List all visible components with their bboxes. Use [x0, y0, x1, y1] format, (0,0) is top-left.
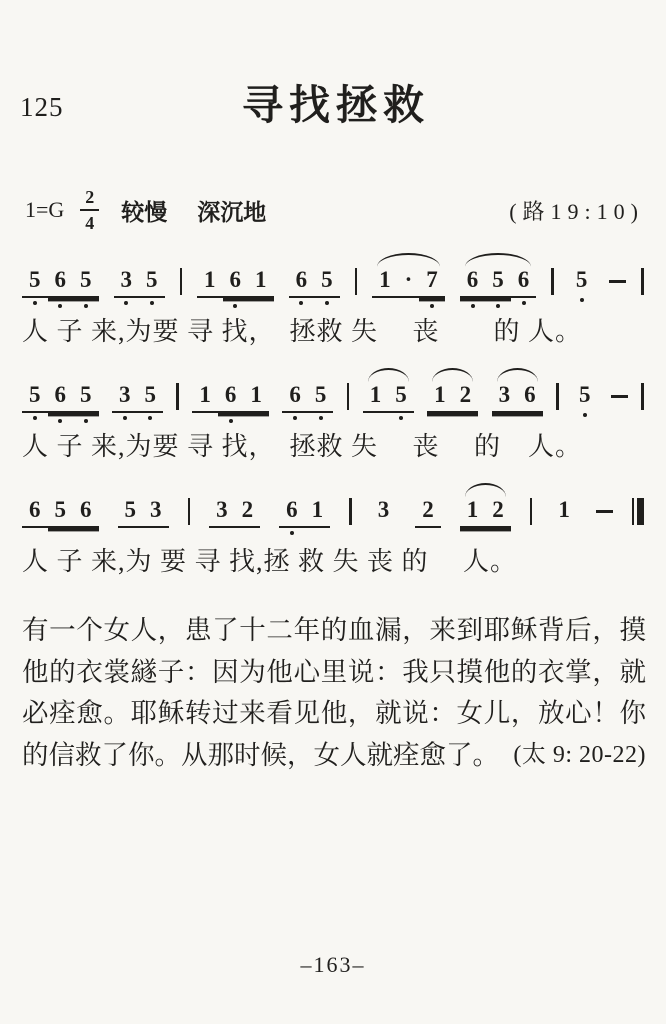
slur-arc: [377, 253, 440, 267]
barline: [551, 268, 554, 295]
barline: [641, 383, 644, 410]
note-group: 36: [492, 381, 543, 413]
page-title: 寻找拯救: [0, 72, 666, 131]
expression-marking: 深沉地: [197, 194, 266, 227]
note-group: 12: [427, 381, 478, 413]
note-group: 565: [22, 381, 99, 413]
slur-arc: [465, 483, 506, 497]
note: 5: [139, 266, 165, 298]
note: 3: [371, 496, 397, 526]
hymnal-page: 125 寻找拯救 1=G 2 4 较慢 深沉地 (路19:10) 5653516…: [0, 0, 666, 1024]
barline: [349, 498, 352, 525]
note: 5: [73, 266, 99, 298]
note: 2: [453, 381, 479, 413]
note-group: 61: [279, 496, 330, 528]
note: 6: [223, 266, 249, 298]
slur-arc: [368, 368, 409, 382]
note-group: 5: [569, 266, 595, 296]
note-group: 161: [192, 381, 269, 413]
lyrics-line: 人 子 来,为 要 寻 找,拯 救 失 丧 的 人。: [22, 541, 644, 578]
note-group: 161: [197, 266, 274, 298]
note: 3: [209, 496, 235, 528]
note: 5: [485, 266, 511, 298]
key-signature-row: 1=G 2 4 较慢 深沉地 (路19:10): [25, 186, 644, 234]
lyrics-line: 人 子 来,为要 寻 找， 拯救 失 丧 的 人。: [22, 426, 644, 463]
note: 1: [427, 381, 453, 413]
duration-dash: [596, 510, 613, 513]
note-group: 35: [114, 266, 165, 298]
note: 5: [572, 381, 598, 411]
note-group: 3: [371, 496, 397, 526]
note: 5: [308, 381, 334, 413]
note-group: 35: [112, 381, 163, 413]
note: 6: [282, 381, 308, 413]
scripture-passage: 有一个女人，患了十二年的血漏，来到耶稣背后，摸他的衣裳繸子：因为他心里说：我只摸…: [22, 610, 646, 776]
duration-dash: [611, 395, 628, 398]
note: 5: [137, 381, 163, 413]
barline: [180, 268, 183, 295]
music-notes-row: 56535161651512365: [22, 365, 644, 413]
note: 6: [511, 266, 537, 298]
note-group: 65: [289, 266, 340, 298]
note: 1: [460, 496, 486, 528]
barline: [347, 383, 350, 410]
slur-arc: [465, 253, 532, 267]
passage-reference: (太 9: 20-22): [513, 735, 646, 777]
scripture-reference: (路19:10): [509, 195, 644, 226]
note: 2: [415, 496, 441, 528]
note: 6: [22, 496, 48, 528]
music-notes-row: 56535161651·76565: [22, 250, 644, 298]
slur-arc: [497, 368, 538, 382]
slur-arc: [432, 368, 473, 382]
note: 3: [114, 266, 140, 298]
note-group: 12: [460, 496, 511, 528]
note: 6: [289, 266, 315, 298]
barline: [176, 383, 179, 410]
note: 1: [551, 496, 577, 526]
note: 6: [218, 381, 244, 413]
tempo-marking: 较慢: [121, 194, 167, 227]
note: 5: [73, 381, 99, 413]
note-group: 5: [572, 381, 598, 411]
final-barline: [632, 498, 644, 525]
note: 6: [73, 496, 99, 528]
note: 6: [517, 381, 543, 413]
note-group: 1: [551, 496, 577, 526]
note: 1: [305, 496, 331, 528]
note-group: 565: [22, 266, 99, 298]
note: ·: [398, 266, 420, 298]
barline: [641, 268, 644, 295]
note-group: 656: [22, 496, 99, 528]
key-signature: 1=G: [25, 197, 64, 223]
barline: [355, 268, 358, 295]
barline: [556, 383, 559, 410]
music-system-3: 65653326132121 人 子 来,为 要 寻 找,拯 救 失 丧 的 人…: [22, 480, 644, 578]
time-signature-denominator: 4: [85, 211, 94, 232]
note: 1: [197, 266, 223, 298]
note: 6: [48, 381, 74, 413]
note-group: 15: [363, 381, 414, 413]
note: 2: [485, 496, 511, 528]
note: 5: [22, 381, 48, 413]
time-signature: 2 4: [80, 188, 99, 232]
note-group: 53: [118, 496, 169, 528]
note: 1: [243, 381, 269, 413]
note-group: 656: [460, 266, 537, 298]
note: 3: [112, 381, 138, 413]
note: 6: [460, 266, 486, 298]
music-notes-row: 65653326132121: [22, 480, 644, 528]
note-group: 1·7: [372, 266, 445, 298]
note: 1: [248, 266, 274, 298]
note-group: 65: [282, 381, 333, 413]
note: 6: [279, 496, 305, 528]
note: 5: [569, 266, 595, 296]
note: 3: [143, 496, 169, 528]
note: 7: [419, 266, 445, 298]
page-number-footer: –163–: [0, 952, 666, 978]
barline: [530, 498, 533, 525]
note: 1: [192, 381, 218, 413]
note: 1: [363, 381, 389, 413]
note: 1: [372, 266, 398, 298]
duration-dash: [609, 280, 626, 283]
note: 2: [235, 496, 261, 528]
note: 5: [22, 266, 48, 298]
note: 5: [118, 496, 144, 528]
music-system-2: 56535161651512365 人 子 来,为要 寻 找， 拯救 失 丧 的…: [22, 365, 644, 463]
time-signature-numerator: 2: [80, 188, 99, 211]
note: 5: [314, 266, 340, 298]
note-group: 32: [209, 496, 260, 528]
lyrics-line: 人 子 来,为要 寻 找， 拯救 失 丧 的 人。: [22, 311, 644, 348]
note-group: 2: [415, 496, 441, 528]
note: 5: [388, 381, 414, 413]
note: 3: [492, 381, 518, 413]
barline: [188, 498, 191, 525]
music-system-1: 56535161651·76565 人 子 来,为要 寻 找， 拯救 失 丧 的…: [22, 250, 644, 348]
note: 6: [48, 266, 74, 298]
note: 5: [48, 496, 74, 528]
